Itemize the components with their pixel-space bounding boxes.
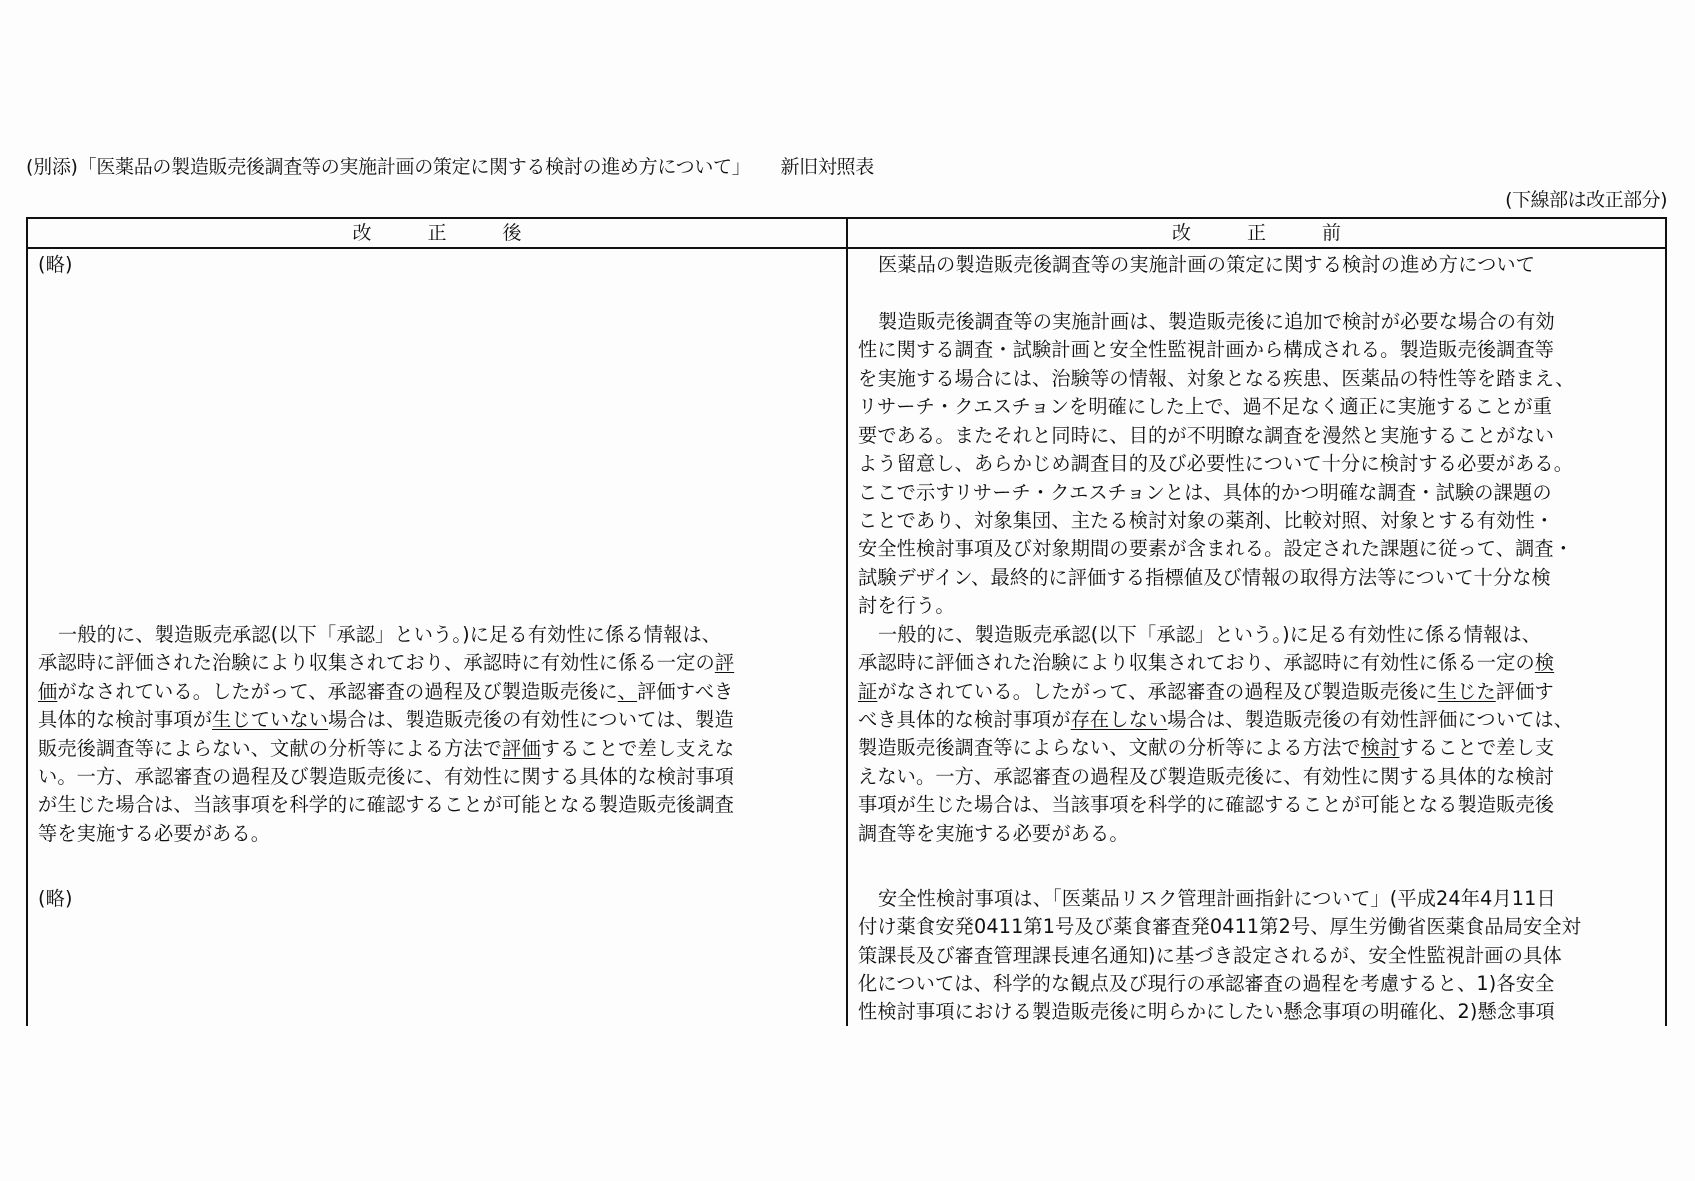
text-line: 製造販売後調査等の実施計画は、製造販売後に追加で検討が必要な場合の有効 xyxy=(858,308,1658,336)
table-header-row: 改正後 改正前 xyxy=(28,219,1665,249)
document-title-main: (別添)「医薬品の製造販売後調査等の実施計画の策定に関する検討の進め方について」 xyxy=(26,156,750,178)
column-divider xyxy=(846,219,848,1026)
text-segment: 場合は、製造販売後の有効性については、製造 xyxy=(328,708,734,731)
text-line: 販売後調査等によらない、文献の分析等による方法で評価することで差し支えな xyxy=(38,735,838,763)
paragraph-plan: 製造販売後調査等の実施計画は、製造販売後に追加で検討が必要な場合の有効性に関する… xyxy=(858,308,1658,621)
text-segment: が生じた場合は、当該事項を科学的に確認することが可能となる製造販売後調査 xyxy=(38,793,734,816)
text-line: ここで示すリサーチ・クエスチョンとは、具体的かつ明確な調査・試験の課題の xyxy=(858,479,1658,507)
text-line: 策課長及び審査管理課長連名通知)に基づき設定されるが、安全性監視計画の具体 xyxy=(858,942,1658,970)
comparison-table: 改正後 改正前 (略) 一般的に、製造販売承認(以下「承認」という。)に足る有効… xyxy=(26,217,1667,1026)
text-segment: 評価す xyxy=(1496,680,1554,703)
text-line: 調査等を実施する必要がある。 xyxy=(858,820,1658,848)
revised-text: 、 xyxy=(618,680,637,703)
text-segment: べき具体的な検討事項が xyxy=(858,708,1071,731)
text-line: 証がなされている。したがって、承認審査の過程及び製造販売後に生じた評価す xyxy=(858,678,1658,706)
revised-text: 生じていない xyxy=(212,708,328,731)
spacer xyxy=(38,848,838,876)
text-segment: 場合は、製造販売後の有効性評価については、 xyxy=(1167,708,1573,731)
text-line: 事項が生じた場合は、当該事項を科学的に確認することが可能となる製造販売後 xyxy=(858,791,1658,819)
text-segment: 承認時に評価された治験により収集されており、承認時に有効性に係る一定の xyxy=(38,651,715,674)
text-segment: がなされている。したがって、承認審査の過程及び製造販売後に xyxy=(57,680,617,703)
revised-text: 証 xyxy=(858,680,877,703)
text-line: 試験デザイン、最終的に評価する指標値及び情報の取得方法等について十分な検 xyxy=(858,564,1658,592)
text-line: べき具体的な検討事項が存在しない場合は、製造販売後の有効性評価については、 xyxy=(858,706,1658,734)
text-line: 付け薬食安発0411第1号及び薬食審査発0411第2号、厚生労働省医薬食品局安全… xyxy=(858,913,1658,941)
header-char: 改 xyxy=(352,219,371,247)
text-segment: 製造販売後調査等によらない、文献の分析等による方法で xyxy=(858,736,1361,759)
revised-text: 検討 xyxy=(1361,736,1400,759)
text-line: ことであり、対象集団、主たる検討対象の薬剤、比較対照、対象とする有効性・ xyxy=(858,507,1658,535)
text-line: えない。一方、承認審査の過程及び製造販売後に、有効性に関する具体的な検討 xyxy=(858,763,1658,791)
text-line: よう留意し、あらかじめ調査目的及び必要性について十分に検討する必要がある。 xyxy=(858,450,1658,478)
header-char: 改 xyxy=(1172,219,1191,247)
text-line: い。一方、承認審査の過程及び製造販売後に、有効性に関する具体的な検討事項 xyxy=(38,763,838,791)
document-title: (別添)「医薬品の製造販売後調査等の実施計画の策定に関する検討の進め方について」… xyxy=(26,155,874,179)
text-line: 安全性検討事項及び対象期間の要素が含まれる。設定された課題に従って、調査・ xyxy=(858,535,1658,563)
text-segment: い。一方、承認審査の過程及び製造販売後に、有効性に関する具体的な検討事項 xyxy=(38,765,734,788)
revised-text: 価 xyxy=(38,680,57,703)
text-line: 一般的に、製造販売承認(以下「承認」という。)に足る有効性に係る情報は、 xyxy=(858,621,1658,649)
revised-text: 生じた xyxy=(1438,680,1496,703)
text-line: 一般的に、製造販売承認(以下「承認」という。)に足る有効性に係る情報は、 xyxy=(38,621,838,649)
header-char: 正 xyxy=(1247,219,1266,247)
text-line: 安全性検討事項は、「医薬品リスク管理計画指針について」(平成24年4月11日 xyxy=(858,885,1658,913)
text-line: 具体的な検討事項が生じていない場合は、製造販売後の有効性については、製造 xyxy=(38,706,838,734)
paragraph-general-before: 一般的に、製造販売承認(以下「承認」という。)に足る有効性に係る情報は、承認時に… xyxy=(858,621,1658,849)
text-line: 承認時に評価された治験により収集されており、承認時に有効性に係る一定の検 xyxy=(858,649,1658,677)
text-segment: することで差し支えな xyxy=(541,737,734,760)
text-segment: することで差し支 xyxy=(1399,736,1554,759)
text-segment: えない。一方、承認審査の過程及び製造販売後に、有効性に関する具体的な検討 xyxy=(858,765,1554,788)
text-segment: 具体的な検討事項が xyxy=(38,708,212,731)
text-segment: 承認時に評価された治験により収集されており、承認時に有効性に係る一定の xyxy=(858,651,1535,674)
revised-text: 評価 xyxy=(502,737,541,760)
header-char: 後 xyxy=(503,219,522,247)
document-title-suffix: 新旧対照表 xyxy=(780,156,874,178)
omitted-marker-1: (略) xyxy=(38,251,838,279)
underline-legend-note: (下線部は改正部分) xyxy=(1505,188,1667,212)
revised-text: 存在しない xyxy=(1071,708,1168,731)
text-line: 価がなされている。したがって、承認審査の過程及び製造販売後に、評価すべき xyxy=(38,678,838,706)
paragraph-safety: 安全性検討事項は、「医薬品リスク管理計画指針について」(平成24年4月11日付け… xyxy=(858,885,1658,1027)
text-line: を実施する場合には、治験等の情報、対象となる疾患、医薬品の特性等を踏まえ、 xyxy=(858,365,1658,393)
text-line: 等を実施する必要がある。 xyxy=(38,820,838,848)
text-segment: 一般的に、製造販売承認(以下「承認」という。)に足る有効性に係る情報は、 xyxy=(58,623,721,646)
text-segment: 評価すべき xyxy=(637,680,733,703)
header-char: 前 xyxy=(1322,219,1341,247)
revised-text: 評 xyxy=(715,651,734,674)
before-revision-column: 医薬品の製造販売後調査等の実施計画の策定に関する検討の進め方について 製造販売後… xyxy=(858,251,1658,1027)
after-revision-column: (略) 一般的に、製造販売承認(以下「承認」という。)に足る有効性に係る情報は、… xyxy=(38,251,838,913)
spacer xyxy=(858,279,1658,307)
text-segment: 販売後調査等によらない、文献の分析等による方法で xyxy=(38,737,502,760)
text-line: 製造販売後調査等によらない、文献の分析等による方法で検討することで差し支 xyxy=(858,734,1658,762)
text-line: 承認時に評価された治験により収集されており、承認時に有効性に係る一定の評 xyxy=(38,649,838,677)
text-segment: 事項が生じた場合は、当該事項を科学的に確認することが可能となる製造販売後 xyxy=(858,793,1554,816)
spacer xyxy=(38,279,838,620)
text-line: リサーチ・クエスチョンを明確にした上で、過不足なく適正に実施することが重 xyxy=(858,393,1658,421)
text-segment: がなされている。したがって、承認審査の過程及び製造販売後に xyxy=(877,680,1437,703)
header-char: 正 xyxy=(427,219,446,247)
omitted-marker-2: (略) xyxy=(38,885,838,913)
paragraph-general-after: 一般的に、製造販売承認(以下「承認」という。)に足る有効性に係る情報は、承認時に… xyxy=(38,621,838,849)
text-segment: 一般的に、製造販売承認(以下「承認」という。)に足る有効性に係る情報は、 xyxy=(878,623,1541,646)
text-line: 討を行う。 xyxy=(858,592,1658,620)
text-line: 要である。またそれと同時に、目的が不明瞭な調査を漫然と実施することがない xyxy=(858,422,1658,450)
text-line: 性検討事項における製造販売後に明らかにしたい懸念事項の明確化、2)懸念事項 xyxy=(858,998,1658,1026)
header-after-revision: 改正後 xyxy=(28,219,846,247)
header-before-revision: 改正前 xyxy=(848,219,1665,247)
section-heading: 医薬品の製造販売後調査等の実施計画の策定に関する検討の進め方について xyxy=(858,251,1658,279)
text-segment: 調査等を実施する必要がある。 xyxy=(858,822,1129,845)
text-line: が生じた場合は、当該事項を科学的に確認することが可能となる製造販売後調査 xyxy=(38,791,838,819)
spacer xyxy=(858,848,1658,876)
revised-text: 検 xyxy=(1535,651,1554,674)
text-line: 化については、科学的な観点及び現行の承認審査の過程を考慮すると、1)各安全 xyxy=(858,970,1658,998)
text-segment: 等を実施する必要がある。 xyxy=(38,822,270,845)
text-line: 性に関する調査・試験計画と安全性監視計画から構成される。製造販売後調査等 xyxy=(858,336,1658,364)
